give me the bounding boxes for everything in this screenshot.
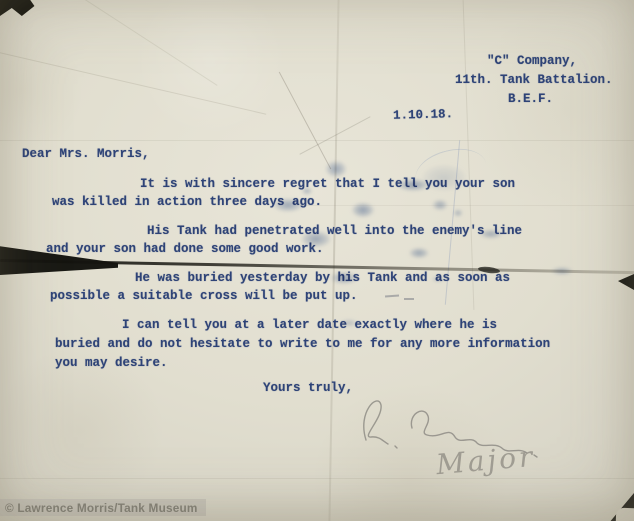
photo-credit-strip: © Lawrence Morris/Tank Museum — [0, 499, 206, 516]
paragraph-4-line-1: I can tell you at a later date exactly w… — [122, 318, 497, 333]
paragraph-1-line-2: was killed in action three days ago. — [52, 195, 322, 210]
paragraph-4-line-2: buried and do not hesitate to write to m… — [55, 337, 550, 352]
photo-credit-text: © Lawrence Morris/Tank Museum — [0, 501, 198, 515]
paragraph-3-line-1: He was buried yesterday by his Tank and … — [135, 271, 510, 286]
paragraph-4-line-3: you may desire. — [55, 356, 168, 371]
letterhead-battalion-line: 11th. Tank Battalion. — [455, 73, 613, 88]
letter-photo: "C" Company, 11th. Tank Battalion. B.E.F… — [0, 0, 634, 521]
paragraph-2-line-1: His Tank had penetrated well into the en… — [147, 224, 522, 239]
paragraph-1-line-1: It is with sincere regret that I tell yo… — [140, 177, 515, 192]
letterhead-company-line: "C" Company, — [487, 54, 577, 69]
closing-line: Yours truly, — [263, 381, 353, 396]
salutation-line: Dear Mrs. Morris, — [22, 147, 150, 162]
letter-date: 1.10.18. — [393, 107, 453, 124]
letterhead-force-line: B.E.F. — [508, 92, 553, 107]
paper-curl-bottom-right — [616, 508, 634, 521]
paragraph-3-line-2: possible a suitable cross will be put up… — [50, 289, 358, 304]
paragraph-2-line-2: and your son had done some good work. — [46, 242, 324, 257]
